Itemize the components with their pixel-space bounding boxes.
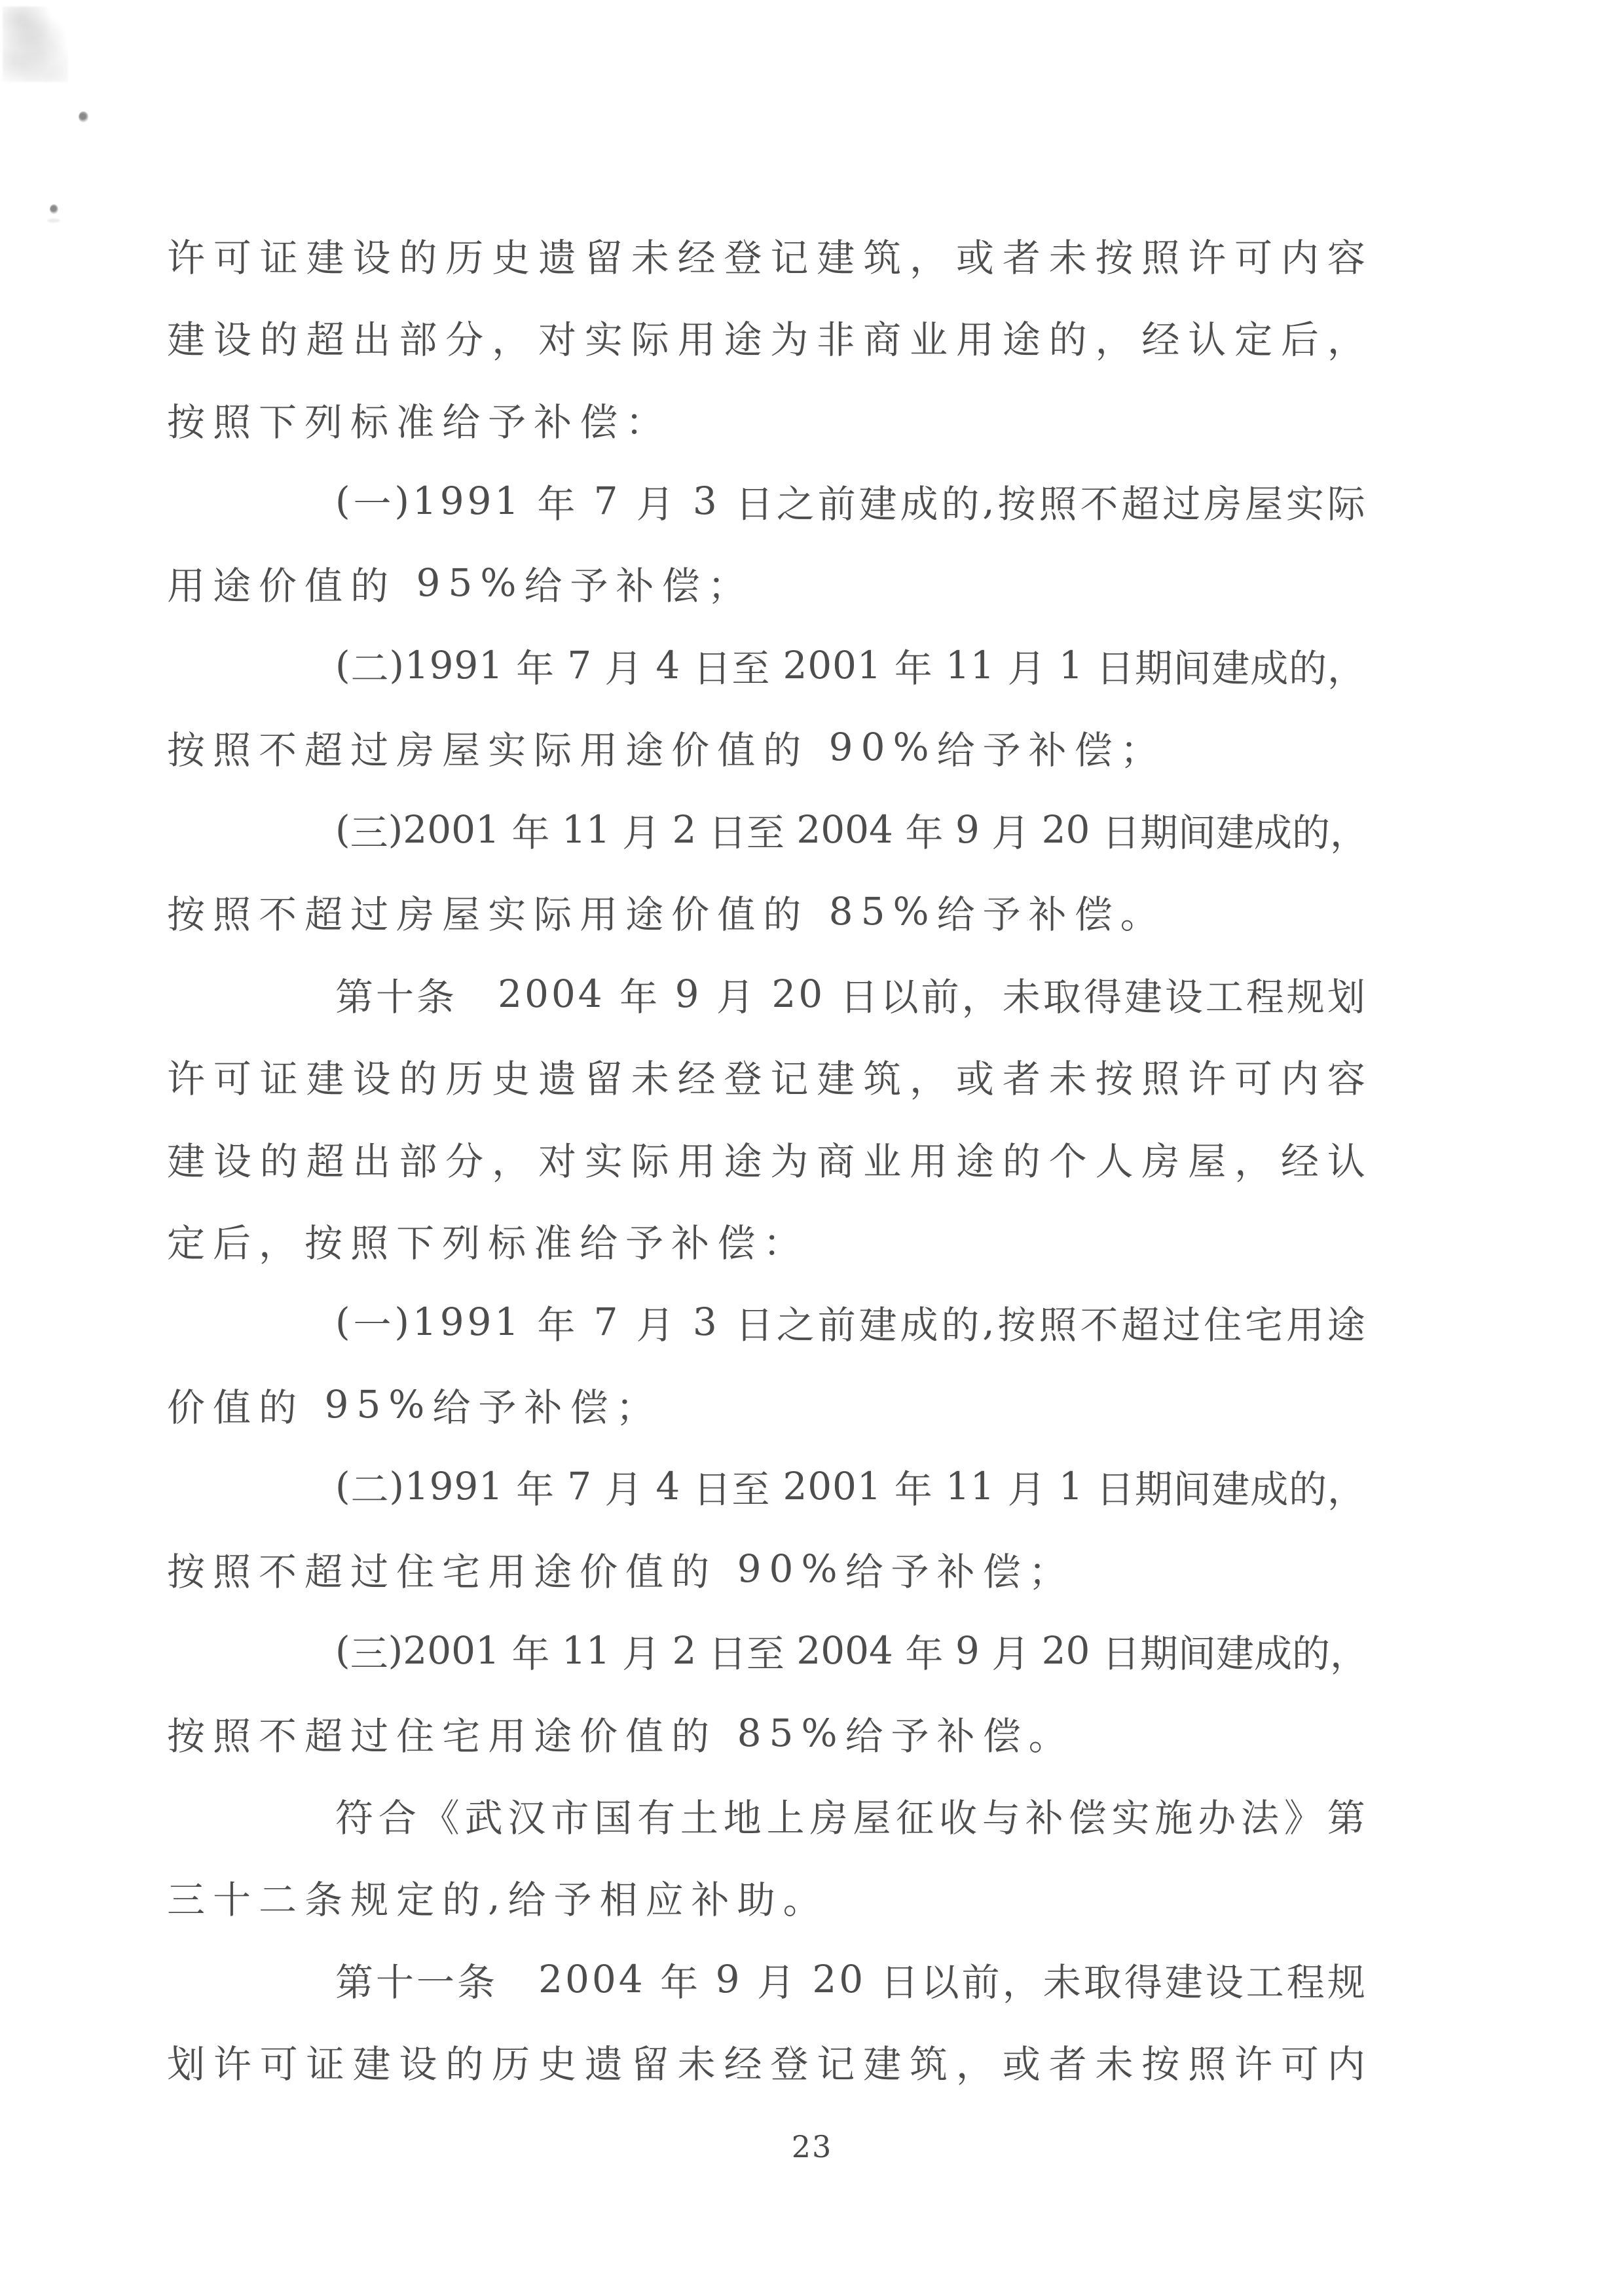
text-line: 第十一条 2004 年 9 月 20 日以前，未取得建设工程规 — [167, 1938, 1365, 2020]
text-line: 用途价值的 95%给予补偿； — [167, 542, 1365, 624]
text-line: 定后，按照下列标准给予补偿： — [167, 1199, 1365, 1281]
text-line: 建设的超出部分，对实际用途为商业用途的个人房屋，经认 — [167, 1117, 1365, 1199]
scan-artifact-smudge — [3, 7, 68, 82]
text-line: 按照不超过房屋实际用途价值的 85%给予补偿。 — [167, 871, 1365, 953]
document-body-text: 许可证建设的历史遗留未经登记建筑，或者未按照许可内容建设的超出部分，对实际用途为… — [167, 213, 1365, 2102]
text-line: (一)1991 年 7 月 3 日之前建成的,按照不超过住宅用途 — [167, 1281, 1365, 1363]
text-line: 建设的超出部分，对实际用途为非商业用途的，经认定后， — [167, 295, 1365, 377]
text-line: 三十二条规定的,给予相应补助。 — [167, 1856, 1365, 1938]
scan-artifact-speck — [79, 111, 88, 122]
text-line: (三)2001 年 11 月 2 日至 2004 年 9 月 20 日期间建成的… — [167, 788, 1365, 870]
text-line: 许可证建设的历史遗留未经登记建筑，或者未按照许可内容 — [167, 213, 1365, 295]
text-line: (二)1991 年 7 月 4 日至 2001 年 11 月 1 日期间建成的， — [167, 1446, 1365, 1527]
text-line: 价值的 95%给予补偿； — [167, 1363, 1365, 1445]
text-line: (二)1991 年 7 月 4 日至 2001 年 11 月 1 日期间建成的， — [167, 624, 1365, 706]
text-line: (一)1991 年 7 月 3 日之前建成的,按照不超过房屋实际 — [167, 460, 1365, 541]
text-line: 许可证建设的历史遗留未经登记建筑，或者未按照许可内容 — [167, 1034, 1365, 1116]
scan-artifact-speck-tail — [47, 219, 60, 223]
text-line: 符合《武汉市国有土地上房屋征收与补偿实施办法》第 — [167, 1774, 1365, 1855]
text-line: 划许可证建设的历史遗留未经登记建筑，或者未按照许可内 — [167, 2020, 1365, 2102]
text-line: 按照不超过住宅用途价值的 90%给予补偿； — [167, 1527, 1365, 1609]
text-line: 按照不超过房屋实际用途价值的 90%给予补偿； — [167, 706, 1365, 788]
page-number: 23 — [0, 2129, 1624, 2164]
scanned-document-page: 许可证建设的历史遗留未经登记建筑，或者未按照许可内容建设的超出部分，对实际用途为… — [0, 0, 1624, 2296]
scan-artifact-speck — [50, 204, 58, 214]
text-line: (三)2001 年 11 月 2 日至 2004 年 9 月 20 日期间建成的… — [167, 1609, 1365, 1691]
text-line: 按照下列标准给予补偿： — [167, 378, 1365, 460]
text-line: 第十条 2004 年 9 月 20 日以前，未取得建设工程规划 — [167, 953, 1365, 1034]
text-line: 按照不超过住宅用途价值的 85%给予补偿。 — [167, 1692, 1365, 1774]
